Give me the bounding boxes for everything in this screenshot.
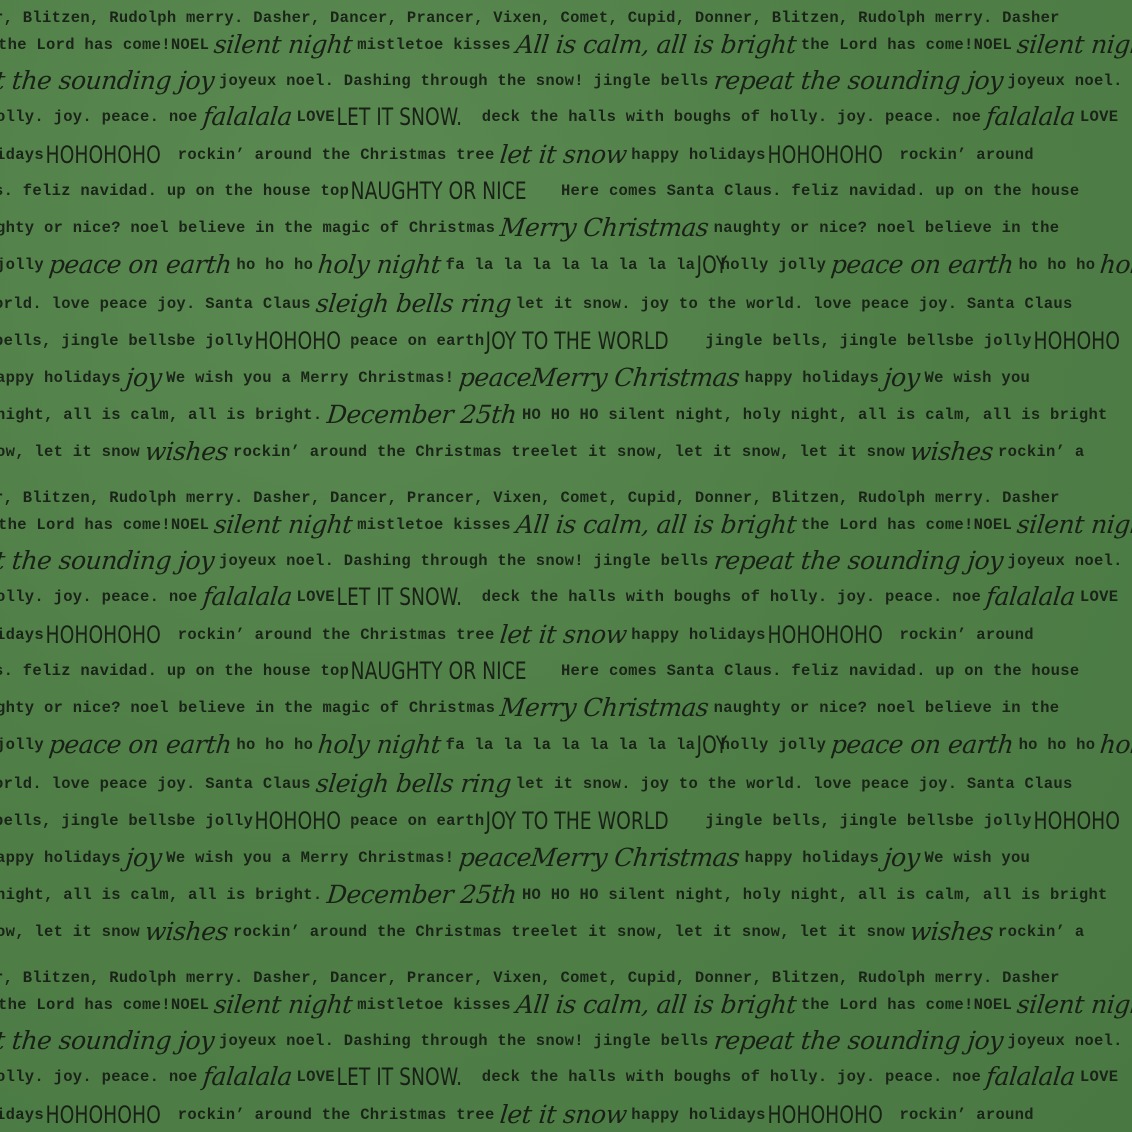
pattern-text-row: night, all is calm, all is bright. Decem… (0, 877, 1108, 913)
hand-lettered-caps-text: NAUGHTY OR NICE (349, 653, 528, 689)
script-text: t the sounding joy (0, 63, 221, 99)
typewriter-text: naughty or nice? noel believe in the (714, 690, 1060, 726)
typewriter-text: Here comes Santa Claus. feliz navidad. u… (561, 653, 1079, 689)
pattern-text-row: appy holidays joy We wish you a Merry Ch… (0, 840, 1030, 876)
hand-lettered-caps-text: HOHOHO (253, 803, 343, 839)
typewriter-text: bells, jingle bellsbe jolly (0, 323, 253, 359)
typewriter-text: idays (0, 1097, 44, 1132)
typewriter-text: happy holidays (745, 360, 879, 396)
typewriter-text: idays (0, 617, 44, 653)
typewriter-text: joyeux noel. (1008, 1023, 1123, 1059)
script-text: All is calm, all is bright (509, 987, 803, 1023)
pattern-text-row: ghty or nice? noel believe in the magic … (0, 210, 1059, 246)
pattern-text-row: the Lord has come!NOELsilent night mistl… (0, 507, 1132, 543)
hand-lettered-caps-text: JOY TO THE WORLD (484, 323, 670, 359)
typewriter-text: happy holidays (631, 1097, 765, 1132)
typewriter-text: orld. love peace joy. Santa Claus (0, 286, 311, 322)
hand-lettered-caps-text: HOHOHOHO (766, 617, 884, 653)
typewriter-text: let it snow. joy to the world. love peac… (516, 286, 1073, 322)
pattern-text-row: night, all is calm, all is bright. Decem… (0, 397, 1108, 433)
script-text: holy night (311, 727, 447, 763)
script-text: peace on earth (824, 247, 1020, 283)
typewriter-text: appy holidays (0, 360, 121, 396)
typewriter-text: night, all is calm, all is bright. (0, 877, 322, 913)
pattern-text-row: olly. joy. peace. noefalalala LOVE LET I… (0, 1059, 1118, 1095)
typewriter-text: the Lord has come!NOEL (801, 27, 1012, 63)
typewriter-text: let it snow. joy to the world. love peac… (516, 766, 1073, 802)
script-text: wishes (903, 914, 1000, 950)
hand-lettered-caps-text: HOHOHOHO (44, 617, 162, 653)
typewriter-text: s. feliz navidad. up on the house top (0, 653, 349, 689)
pattern-text-row: appy holidays joy We wish you a Merry Ch… (0, 360, 1030, 396)
typewriter-text: rockin’ a (998, 914, 1084, 950)
typewriter-text: rockin’ around the Christmas treelet it … (233, 434, 905, 470)
script-text: falalala (979, 99, 1082, 135)
typewriter-text: LOVE (297, 99, 335, 135)
typewriter-text: the Lord has come!NOEL (0, 27, 209, 63)
script-text: t the sounding joy (0, 1023, 221, 1059)
typewriter-text: LOVE (297, 579, 335, 615)
script-text: holy night (311, 247, 447, 283)
pattern-text-row: ow, let it snow wishes rockin’ around th… (0, 914, 1084, 950)
typewriter-text: rockin’ around the Christmas tree (178, 137, 495, 173)
typewriter-text: jolly (0, 247, 44, 283)
typewriter-text: appy holidays (0, 840, 121, 876)
typewriter-text: ho ho ho (1019, 247, 1096, 283)
hand-lettered-caps-text: HOHOHOHO (44, 1097, 162, 1132)
pattern-text-row: orld. love peace joy. Santa Claus sleigh… (0, 286, 1073, 322)
script-text: Merry Christmas (493, 210, 715, 246)
pattern-text-row: s. feliz navidad. up on the house top NA… (0, 653, 1079, 689)
script-text: falalala (979, 1059, 1082, 1095)
hand-lettered-caps-text: NAUGHTY OR NICE (349, 173, 528, 209)
hand-lettered-caps-text: LET IT SNOW. (335, 579, 464, 615)
typewriter-text: happy holidays (745, 840, 879, 876)
pattern-text-row: idays HOHOHOHO rockin’ around the Christ… (0, 137, 1034, 173)
script-text: silent night (1010, 507, 1132, 543)
script-text: joy (877, 840, 926, 876)
typewriter-text: olly. joy. peace. noe (0, 579, 198, 615)
script-text: peace on earth (42, 247, 238, 283)
pattern-text-row: t the sounding joy joyeux noel. Dashing … (0, 543, 1123, 579)
hand-lettered-caps-text: JOY TO THE WORLD (484, 803, 670, 839)
script-text: joy (119, 840, 168, 876)
hand-lettered-caps-text: LET IT SNOW. (335, 1059, 464, 1095)
pattern-text-row: t the sounding joy joyeux noel. Dashing … (0, 1023, 1123, 1059)
script-text: falalala (196, 1059, 299, 1095)
pattern-text-row: ow, let it snow wishes rockin’ around th… (0, 434, 1084, 470)
typewriter-text: jolly (0, 727, 44, 763)
typewriter-text: naughty or nice? noel believe in the (714, 210, 1060, 246)
typewriter-text: night, all is calm, all is bright. (0, 397, 322, 433)
typewriter-text: deck the halls with boughs of holly. joy… (482, 1059, 981, 1095)
pattern-text-row: s. feliz navidad. up on the house top NA… (0, 173, 1079, 209)
typewriter-text: We wish you (925, 360, 1031, 396)
script-text: silent night (1010, 987, 1132, 1023)
script-text: wishes (138, 434, 235, 470)
typewriter-text: LOVE (297, 1059, 335, 1095)
script-text: t the sounding joy (0, 543, 221, 579)
typewriter-text: ghty or nice? noel believe in the magic … (0, 690, 495, 726)
script-text: peace on earth (42, 727, 238, 763)
script-text: sleigh bells ring (309, 766, 518, 802)
pattern-text-row: t the sounding joy joyeux noel. Dashing … (0, 63, 1123, 99)
script-text: wishes (138, 914, 235, 950)
typewriter-text: fa la la la la la la la la (446, 247, 696, 283)
script-text: holy (1093, 727, 1132, 763)
typewriter-text: ho ho ho (1019, 727, 1096, 763)
hand-lettered-caps-text: HOHOHOHO (44, 137, 162, 173)
typewriter-text: We wish you a Merry Christmas! (166, 360, 454, 396)
typewriter-text: rockin’ around (899, 617, 1033, 653)
typewriter-text: peace on earth (350, 803, 484, 839)
typewriter-text: ow, let it snow (0, 434, 140, 470)
christmas-text-fabric-pattern: r, Blitzen, Rudolph merry. Dasher, Dance… (0, 0, 1132, 1132)
script-text: Merry Christmas (493, 690, 715, 726)
script-text: peaceMerry Christmas (452, 840, 746, 876)
typewriter-text: mistletoe kisses (357, 507, 511, 543)
script-text: December 25th (321, 397, 524, 433)
typewriter-text: jingle bells, jingle bellsbe jolly (705, 323, 1031, 359)
typewriter-text: mistletoe kisses (357, 27, 511, 63)
pattern-text-row: the Lord has come!NOELsilent night mistl… (0, 987, 1132, 1023)
typewriter-text: LOVE (1080, 579, 1118, 615)
typewriter-text: rockin’ around the Christmas treelet it … (233, 914, 905, 950)
typewriter-text: happy holidays (631, 617, 765, 653)
script-text: joy (877, 360, 926, 396)
hand-lettered-caps-text: HOHOHO (1032, 323, 1122, 359)
script-text: wishes (903, 434, 1000, 470)
pattern-text-row: jolly peace on earthho ho hoholy night f… (0, 727, 1132, 763)
pattern-text-row: ghty or nice? noel believe in the magic … (0, 690, 1059, 726)
typewriter-text: joyeux noel. (1008, 63, 1123, 99)
script-text: falalala (196, 579, 299, 615)
pattern-text-row: idays HOHOHOHO rockin’ around the Christ… (0, 1097, 1034, 1132)
typewriter-text: Here comes Santa Claus. feliz navidad. u… (561, 173, 1079, 209)
typewriter-text: We wish you a Merry Christmas! (166, 840, 454, 876)
pattern-text-row: jolly peace on earthho ho hoholy night f… (0, 247, 1132, 283)
typewriter-text: the Lord has come!NOEL (801, 987, 1012, 1023)
typewriter-text: the Lord has come!NOEL (0, 507, 209, 543)
script-text: repeat the sounding joy (707, 543, 1010, 579)
script-text: falalala (979, 579, 1082, 615)
typewriter-text: holly jolly (721, 247, 827, 283)
pattern-text-row: orld. love peace joy. Santa Claus sleigh… (0, 766, 1073, 802)
script-text: repeat the sounding joy (707, 63, 1010, 99)
typewriter-text: HO HO HO silent night, holy night, all i… (522, 877, 1108, 913)
typewriter-text: We wish you (925, 840, 1031, 876)
typewriter-text: HO HO HO silent night, holy night, all i… (522, 397, 1108, 433)
script-text: peaceMerry Christmas (452, 360, 746, 396)
typewriter-text: ho ho ho (236, 247, 313, 283)
hand-lettered-caps-text: HOHOHOHO (766, 137, 884, 173)
script-text: sleigh bells ring (309, 286, 518, 322)
typewriter-text: rockin’ around (899, 137, 1033, 173)
typewriter-text: s. feliz navidad. up on the house top (0, 173, 349, 209)
typewriter-text: ow, let it snow (0, 914, 140, 950)
script-text: December 25th (321, 877, 524, 913)
typewriter-text: joyeux noel. Dashing through the snow! j… (219, 543, 709, 579)
typewriter-text: rockin’ around (899, 1097, 1033, 1132)
typewriter-text: the Lord has come!NOEL (0, 987, 209, 1023)
script-text: let it snow (493, 1097, 633, 1132)
hand-lettered-caps-text: HOHOHOHO (766, 1097, 884, 1132)
pattern-text-row: olly. joy. peace. noefalalala LOVE LET I… (0, 579, 1118, 615)
typewriter-text: LOVE (1080, 99, 1118, 135)
script-text: silent night (207, 507, 359, 543)
typewriter-text: LOVE (1080, 1059, 1118, 1095)
typewriter-text: jingle bells, jingle bellsbe jolly (705, 803, 1031, 839)
typewriter-text: the Lord has come!NOEL (801, 507, 1012, 543)
typewriter-text: deck the halls with boughs of holly. joy… (482, 99, 981, 135)
script-text: joy (119, 360, 168, 396)
script-text: let it snow (493, 137, 633, 173)
script-text: silent night (207, 987, 359, 1023)
typewriter-text: ghty or nice? noel believe in the magic … (0, 210, 495, 246)
typewriter-text: olly. joy. peace. noe (0, 1059, 198, 1095)
hand-lettered-caps-text: HOHOHO (253, 323, 343, 359)
script-text: silent night (1010, 27, 1132, 63)
pattern-text-row: bells, jingle bellsbe jolly HOHOHO peace… (0, 803, 1129, 839)
script-text: let it snow (493, 617, 633, 653)
script-text: silent night (207, 27, 359, 63)
typewriter-text: bells, jingle bellsbe jolly (0, 803, 253, 839)
pattern-text-row: olly. joy. peace. noefalalala LOVE LET I… (0, 99, 1118, 135)
typewriter-text: happy holidays (631, 137, 765, 173)
script-text: All is calm, all is bright (509, 27, 803, 63)
typewriter-text: holly jolly (721, 727, 827, 763)
typewriter-text: deck the halls with boughs of holly. joy… (482, 579, 981, 615)
typewriter-text: rockin’ around the Christmas tree (178, 617, 495, 653)
pattern-text-row: bells, jingle bellsbe jolly HOHOHO peace… (0, 323, 1129, 359)
typewriter-text: olly. joy. peace. noe (0, 99, 198, 135)
script-text: repeat the sounding joy (707, 1023, 1010, 1059)
typewriter-text: idays (0, 137, 44, 173)
typewriter-text: joyeux noel. Dashing through the snow! j… (219, 1023, 709, 1059)
typewriter-text: peace on earth (350, 323, 484, 359)
typewriter-text: mistletoe kisses (357, 987, 511, 1023)
typewriter-text: joyeux noel. (1008, 543, 1123, 579)
hand-lettered-caps-text: HOHOHO (1032, 803, 1122, 839)
script-text: All is calm, all is bright (509, 507, 803, 543)
typewriter-text: fa la la la la la la la la (446, 727, 696, 763)
script-text: falalala (196, 99, 299, 135)
typewriter-text: rockin’ a (998, 434, 1084, 470)
pattern-text-row: idays HOHOHOHO rockin’ around the Christ… (0, 617, 1034, 653)
script-text: peace on earth (824, 727, 1020, 763)
typewriter-text: rockin’ around the Christmas tree (178, 1097, 495, 1132)
pattern-text-row: the Lord has come!NOELsilent night mistl… (0, 27, 1132, 63)
typewriter-text: joyeux noel. Dashing through the snow! j… (219, 63, 709, 99)
hand-lettered-caps-text: LET IT SNOW. (335, 99, 464, 135)
script-text: holy (1093, 247, 1132, 283)
typewriter-text: orld. love peace joy. Santa Claus (0, 766, 311, 802)
typewriter-text: ho ho ho (236, 727, 313, 763)
